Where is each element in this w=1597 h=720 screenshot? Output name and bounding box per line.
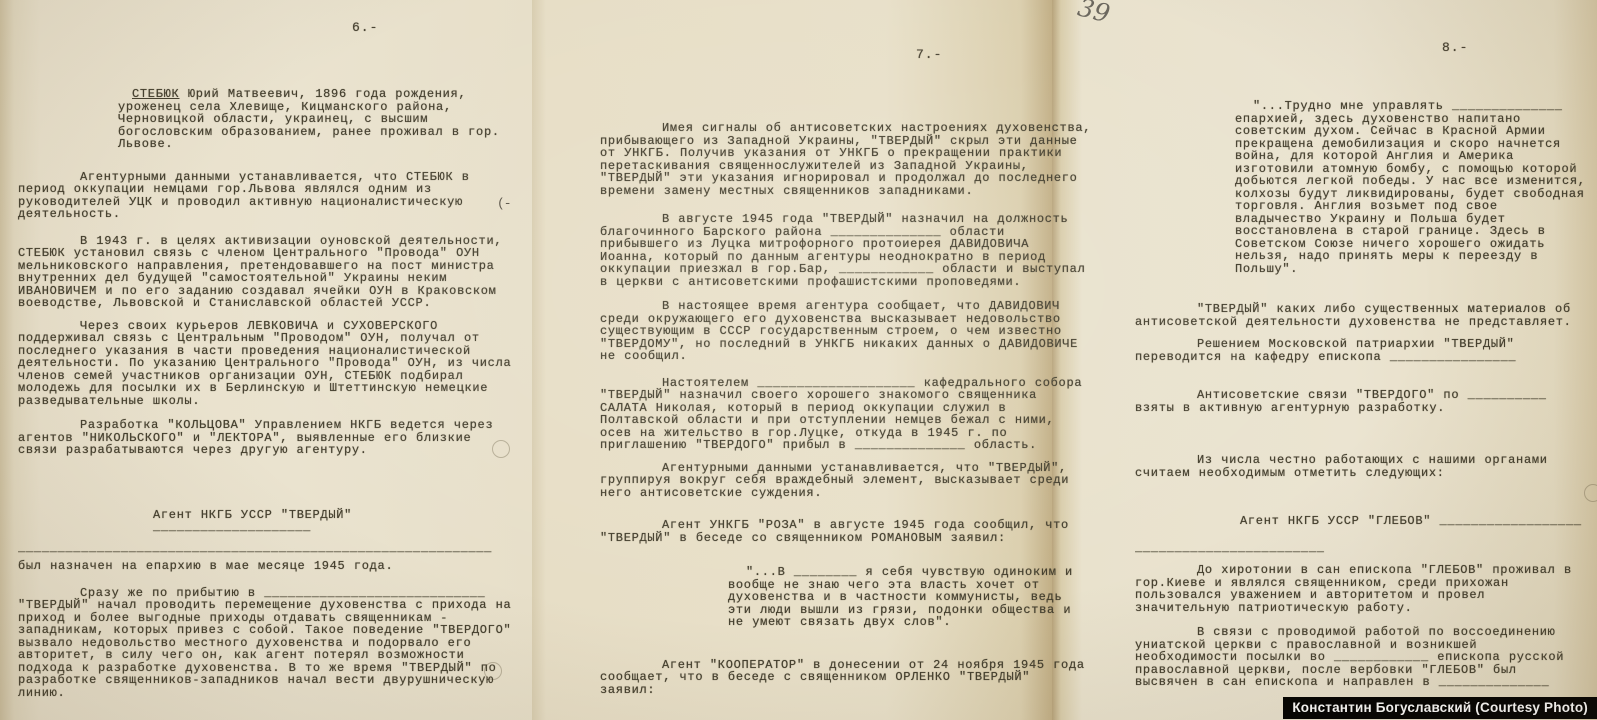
body-paragraph: Антисоветские связи "ТВЕРДОГО" по ______… — [1135, 389, 1587, 414]
photo-credit-text: Константин Богуславский (Courtesy Photo) — [1292, 700, 1588, 715]
body-paragraph: Из числа честно работающих с нашими орга… — [1135, 454, 1587, 479]
body-paragraph: Разработка "КОЛЬЦОВА" Управлением НКГБ в… — [18, 419, 518, 457]
agent-designation-line: Агент НКГБ УССР "ТВЕРДЫЙ" ______________… — [153, 509, 518, 534]
body-paragraph: Агентурными данными устанавливается, что… — [18, 171, 518, 221]
body-paragraph: Агент "КООПЕРАТОР" в донесении от 24 ноя… — [600, 659, 1092, 697]
body-paragraph: Настоятелем ____________________ кафедра… — [600, 377, 1092, 452]
bio-paragraph: СТЕБЮК Юрий Матвеевич, 1896 года рождени… — [118, 88, 500, 151]
page-number-6: 6.- — [352, 20, 378, 35]
underline-rule: ________________________ — [1135, 542, 1587, 555]
page-8-text-column: "...Трудно мне управлять ______________ … — [1135, 100, 1587, 689]
body-paragraph: "ТВЕРДЫЙ" каких либо существенных матери… — [1135, 303, 1587, 328]
body-paragraph: Сразу же по прибытию в _________________… — [18, 587, 518, 700]
body-paragraph: Агент УНКГБ "РОЗА" в августе 1945 года с… — [600, 519, 1092, 544]
quote-paragraph: "...Трудно мне управлять ______________ … — [1235, 100, 1587, 275]
photo-credit-bar: Константин Богуславский (Courtesy Photo) — [1283, 697, 1597, 719]
body-paragraph: Имея сигналы об антисоветских настроения… — [600, 122, 1092, 197]
body-paragraph: В настоящее время агентура сообщает, что… — [600, 300, 1092, 363]
body-paragraph: был назначен на епархию в мае месяце 194… — [18, 560, 518, 573]
body-paragraph: До хиротонии в сан епископа "ГЛЕБОВ" про… — [1135, 564, 1587, 614]
body-paragraph: В связи с проводимой работой по воссоеди… — [1135, 626, 1587, 689]
body-paragraph: В августе 1945 года "ТВЕРДЫЙ" назначил н… — [600, 213, 1092, 288]
body-paragraph: Агентурными данными устанавливается, что… — [600, 462, 1092, 500]
page-6-text-column: СТЕБЮК Юрий Матвеевич, 1896 года рождени… — [18, 88, 518, 699]
page-7-text-column: Имея сигналы об антисоветских настроения… — [600, 122, 1092, 696]
underline-rule: ________________________________________… — [18, 542, 518, 555]
body-paragraph: Решением Московской патриархии "ТВЕРДЫЙ"… — [1135, 338, 1587, 363]
agent-designation-line: Агент НКГБ УССР "ГЛЕБОВ" _______________… — [1240, 515, 1587, 528]
page-number-8: 8.- — [1442, 40, 1468, 55]
body-paragraph: В 1943 г. в целях активизации оуновской … — [18, 235, 518, 310]
quote-paragraph: "...В ________ я себя чувствую одиноким … — [728, 566, 1092, 629]
body-paragraph: Через своих курьеров ЛЕВКОВИЧА и СУХОВЕР… — [18, 320, 518, 408]
page-number-7: 7.- — [916, 47, 942, 62]
document-photo: 6.- 7.- 8.- 39 (- СТЕБЮК Юрий Матвеевич,… — [0, 0, 1597, 720]
